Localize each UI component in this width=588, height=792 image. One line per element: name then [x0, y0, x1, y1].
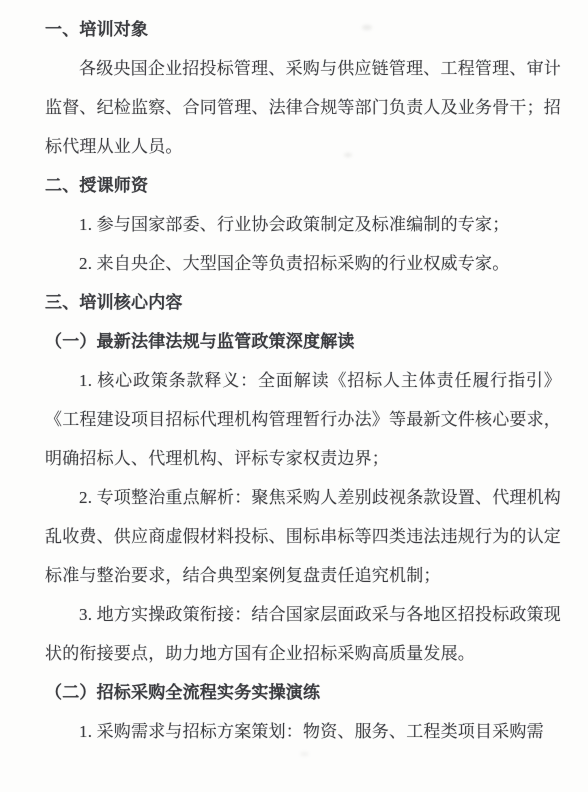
- item-faculty-1: 1. 参与国家部委、行业协会政策制定及标准编制的专家；: [45, 205, 561, 244]
- item-special-rectification: 2. 专项整治重点解析：聚焦采购人差别歧视条款设置、代理机构乱收费、供应商虚假材…: [45, 478, 561, 595]
- para-training-audience: 各级央国企业招投标管理、采购与供应链管理、工程管理、审计监督、纪检监察、合同管理…: [45, 49, 561, 166]
- scan-artifact: [362, 25, 372, 30]
- heading-training-audience: 一、培训对象: [45, 10, 561, 49]
- document-page: 一、培训对象 各级央国企业招投标管理、采购与供应链管理、工程管理、审计监督、纪检…: [0, 0, 588, 792]
- subheading-policy-interpretation: （一）最新法律法规与监管政策深度解读: [45, 322, 561, 361]
- scan-artifact: [344, 153, 352, 157]
- scan-artifact: [300, 752, 309, 756]
- item-procurement-planning: 1. 采购需求与招标方案策划：物资、服务、工程类项目采购需: [45, 712, 561, 751]
- item-faculty-2: 2. 来自央企、大型国企等负责招标采购的行业权威专家。: [45, 244, 561, 283]
- subheading-practical-drill: （二）招标采购全流程实务实操演练: [45, 673, 561, 712]
- item-policy-clauses: 1. 核心政策条款释义：全面解读《招标人主体责任履行指引》《工程建设项目招标代理…: [45, 361, 561, 478]
- heading-core-content: 三、培训核心内容: [45, 283, 561, 322]
- item-local-policy-link: 3. 地方实操政策衔接：结合国家层面政采与各地区招投标政策现状的衔接要点，助力地…: [45, 595, 561, 673]
- heading-faculty: 二、授课师资: [45, 166, 561, 205]
